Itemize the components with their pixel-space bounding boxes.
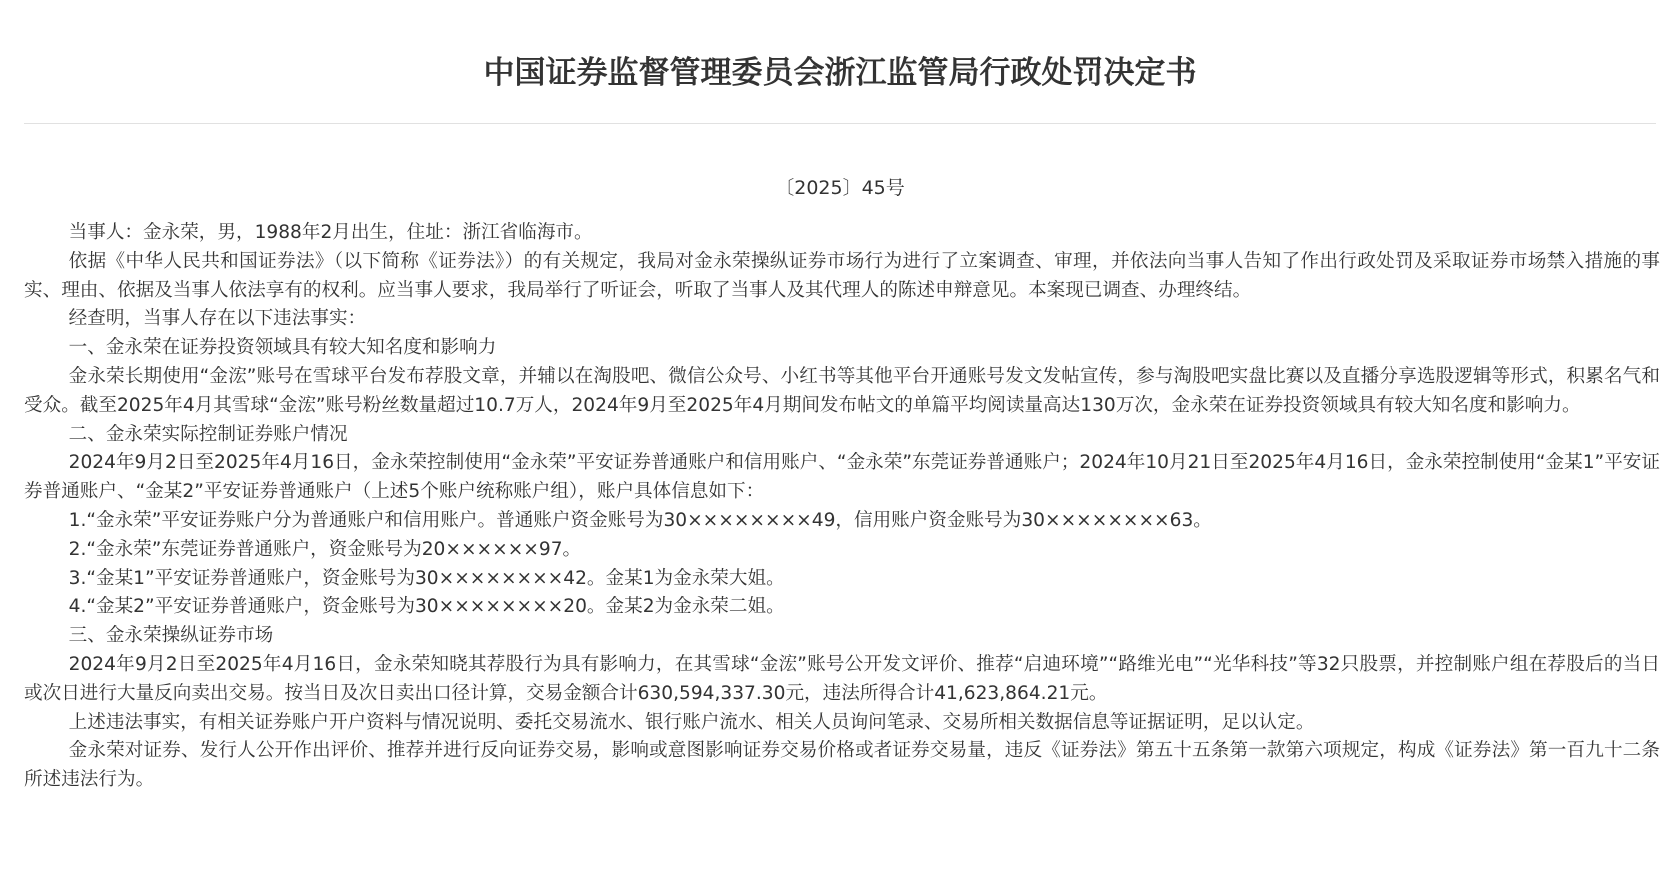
section-3-paragraph: 2024年9月2日至2025年4月16日，金永荣知晓其荐股行为具有影响力，在其雪… [24,651,1660,709]
section-2-paragraph: 2024年9月2日至2025年4月16日，金永荣控制使用“金永荣”平安证券普通账… [24,449,1660,507]
section-heading-2: 二、金永荣实际控制证券账户情况 [24,421,1660,450]
evidence-paragraph: 上述违法事实，有相关证券账户开户资料与情况说明、委托交易流水、银行账户流水、相关… [24,709,1660,738]
account-item-3: 3.“金某1”平安证券普通账户，资金账号为30××××××××42。金某1为金永… [24,565,1660,594]
account-item-4: 4.“金某2”平安证券普通账户，资金账号为30××××××××20。金某2为金永… [24,593,1660,622]
account-item-1: 1.“金永荣”平安证券账户分为普通账户和信用账户。普通账户资金账号为30××××… [24,507,1660,536]
section-1-paragraph: 金永荣长期使用“金浤”账号在雪球平台发布荐股文章，并辅以在淘股吧、微信公众号、小… [24,363,1660,421]
legal-basis-paragraph: 依据《中华人民共和国证券法》（以下简称《证券法》）的有关规定，我局对金永荣操纵证… [24,248,1660,306]
findings-intro-paragraph: 经查明，当事人存在以下违法事实： [24,305,1660,334]
violation-conclusion-paragraph: 金永荣对证券、发行人公开作出评价、推荐并进行反向证券交易，影响或意图影响证券交易… [24,737,1660,795]
document-body: 当事人：金永荣，男，1988年2月出生，住址：浙江省临海市。 依据《中华人民共和… [24,219,1660,795]
party-info-paragraph: 当事人：金永荣，男，1988年2月出生，住址：浙江省临海市。 [24,219,1660,248]
document-page: 中国证券监督管理委员会浙江监管局行政处罚决定书 〔2025〕45号 当事人：金永… [0,0,1680,885]
account-item-2: 2.“金永荣”东莞证券普通账户，资金账号为20××××××97。 [24,536,1660,565]
document-title: 中国证券监督管理委员会浙江监管局行政处罚决定书 [0,49,1680,97]
document-number: 〔2025〕45号 [0,174,1680,202]
section-heading-3: 三、金永荣操纵证券市场 [24,622,1660,651]
title-divider [24,123,1656,124]
section-heading-1: 一、金永荣在证券投资领域具有较大知名度和影响力 [24,334,1660,363]
